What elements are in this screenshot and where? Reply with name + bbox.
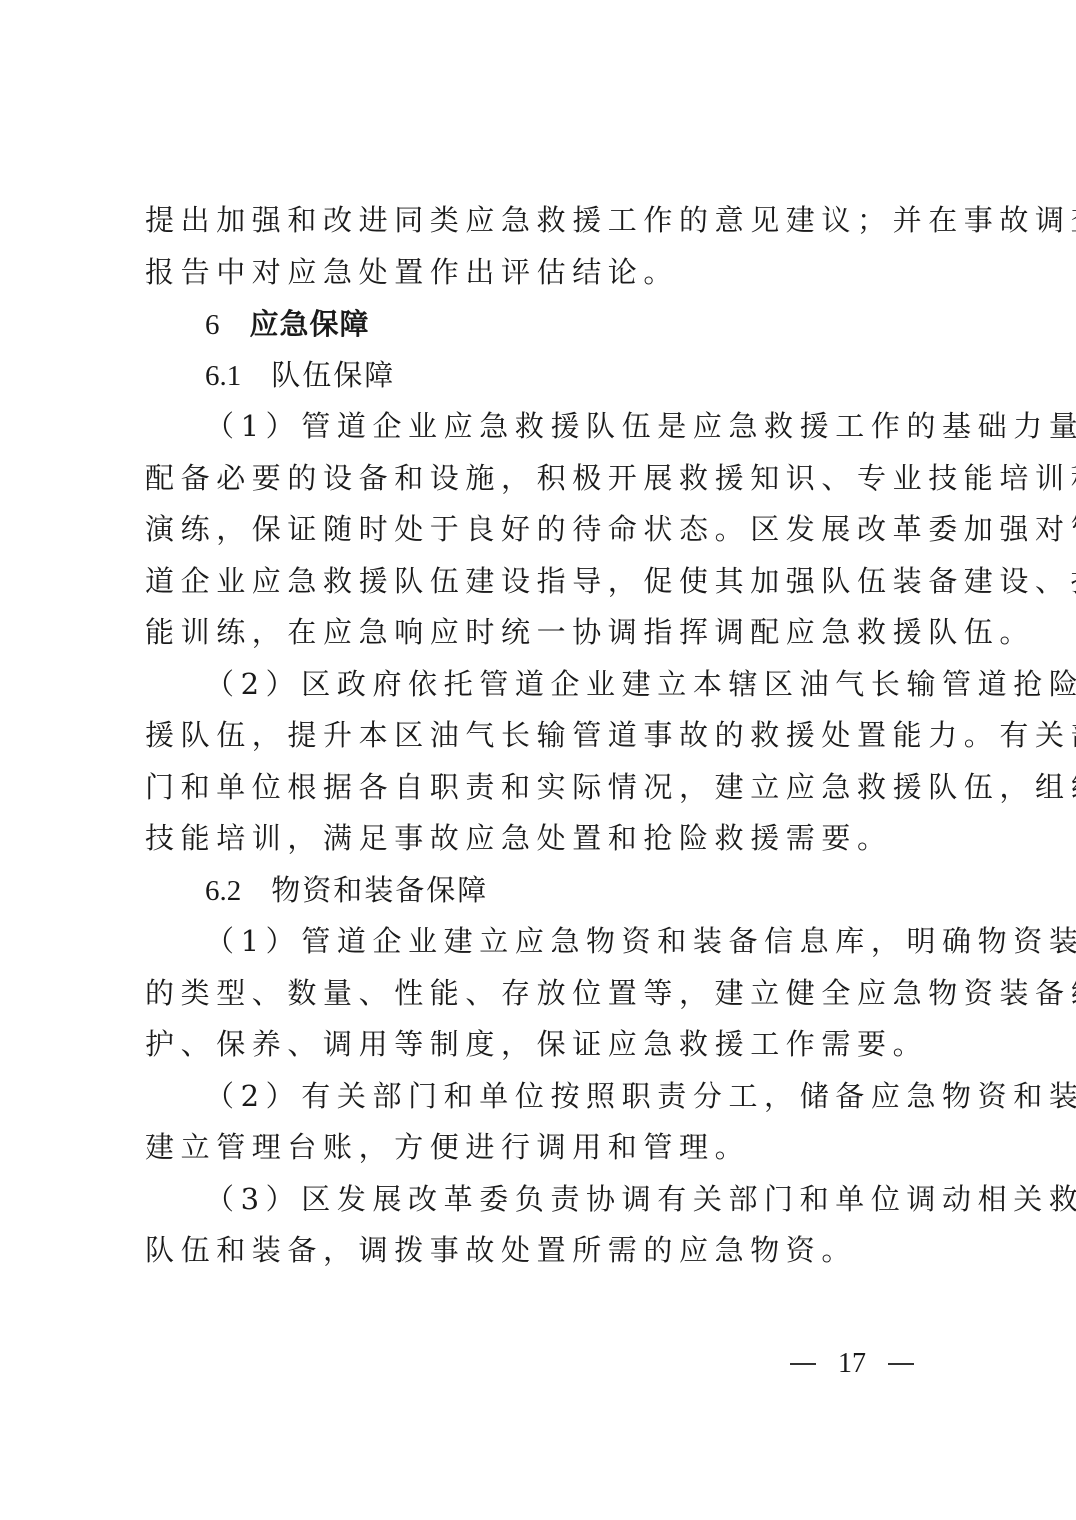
section-title: 应急保障 — [250, 307, 370, 341]
paragraph-line: 报告中对应急处置作出评估结论。 — [145, 254, 945, 290]
section-heading-6-1: 6.1队伍保障 — [205, 357, 1005, 393]
paragraph-line: （3）区发展改革委负责协调有关部门和单位调动相关救援 — [205, 1181, 1005, 1217]
paragraph-line: 能训练，在应急响应时统一协调指挥调配应急救援队伍。 — [145, 614, 945, 650]
paragraph-line: 队伍和装备，调拨事故处置所需的应急物资。 — [145, 1232, 945, 1268]
paragraph-line: 道企业应急救援队伍建设指导，促使其加强队伍装备建设、技 — [145, 563, 945, 599]
paragraph-line: 援队伍，提升本区油气长输管道事故的救援处置能力。有关部 — [145, 717, 945, 753]
dash-left-icon — [790, 1363, 816, 1365]
page-number: 17 — [838, 1348, 866, 1380]
paragraph-line: 的类型、数量、性能、存放位置等，建立健全应急物资装备维 — [145, 975, 945, 1011]
paragraph-line: （2）有关部门和单位按照职责分工，储备应急物资和装备， — [205, 1078, 1005, 1114]
document-page: 提出加强和改进同类应急救援工作的意见建议；并在事故调查 报告中对应急处置作出评估… — [0, 0, 1076, 1520]
section-number: 6.1 — [205, 358, 241, 394]
paragraph-line: 技能培训，满足事故应急处置和抢险救援需要。 — [145, 820, 945, 856]
paragraph-line: （2）区政府依托管道企业建立本辖区油气长输管道抢险救 — [205, 666, 1005, 702]
section-number: 6 — [205, 307, 220, 343]
paragraph-line: （1）管道企业应急救援队伍是应急救援工作的基础力量， — [205, 408, 1005, 444]
paragraph-line: 护、保养、调用等制度，保证应急救援工作需要。 — [145, 1026, 945, 1062]
section-title: 物资和装备保障 — [271, 873, 488, 907]
paragraph-line: 建立管理台账，方便进行调用和管理。 — [145, 1129, 945, 1165]
paragraph-line: 门和单位根据各自职责和实际情况，建立应急救援队伍，组织 — [145, 769, 945, 805]
dash-right-icon — [888, 1363, 914, 1365]
paragraph-line: 演练，保证随时处于良好的待命状态。区发展改革委加强对管 — [145, 511, 945, 547]
section-title: 队伍保障 — [271, 358, 395, 392]
paragraph-line: 提出加强和改进同类应急救援工作的意见建议；并在事故调查 — [145, 202, 945, 238]
page-number-footer: 17 — [790, 1348, 940, 1380]
section-heading-6-2: 6.2物资和装备保障 — [205, 872, 1005, 908]
section-heading-6: 6应急保障 — [205, 306, 1005, 342]
paragraph-line: 配备必要的设备和设施，积极开展救援知识、专业技能培训和 — [145, 460, 945, 496]
section-number: 6.2 — [205, 873, 241, 909]
paragraph-line: （1）管道企业建立应急物资和装备信息库，明确物资装备 — [205, 923, 1005, 959]
